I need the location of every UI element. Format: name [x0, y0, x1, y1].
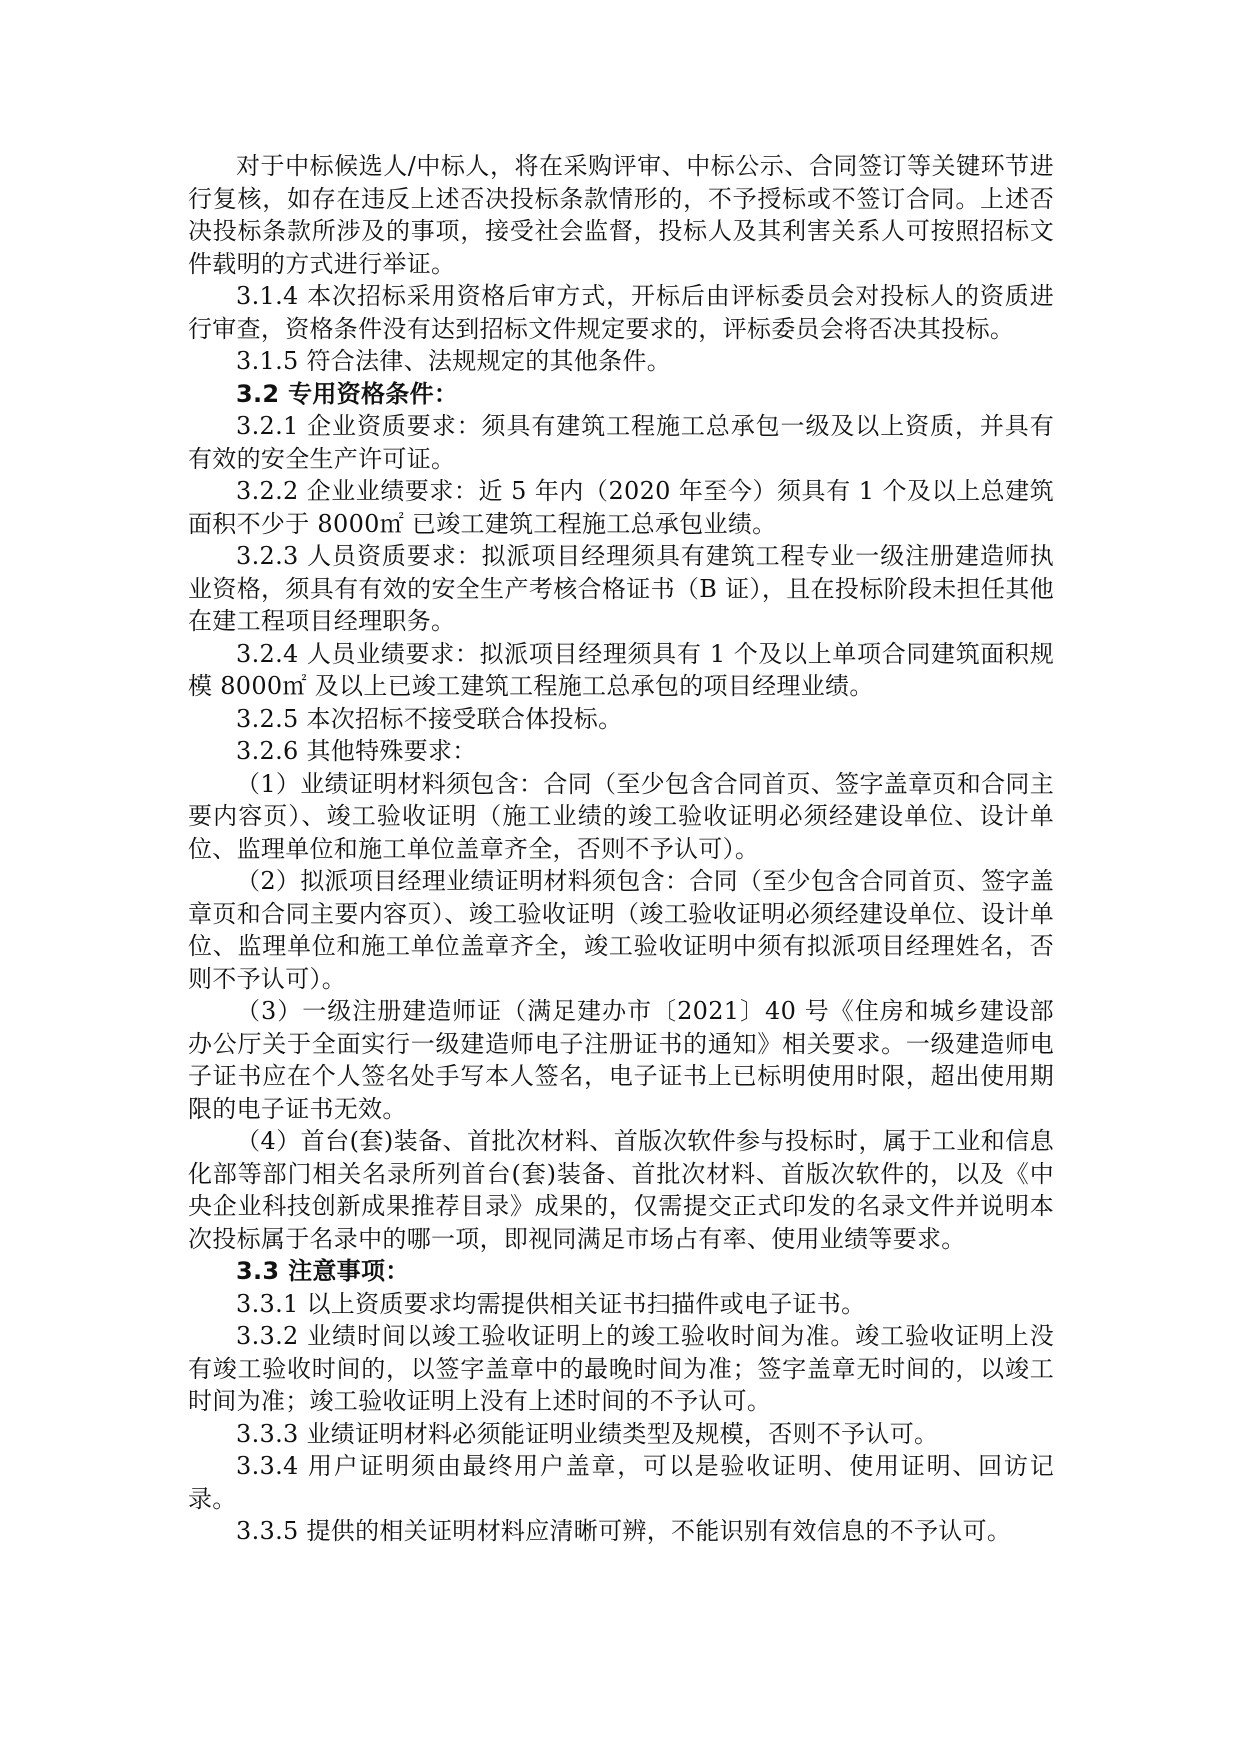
paragraph-3-2-6: 3.2.6 其他特殊要求：	[188, 735, 1054, 768]
list-item-3: （3）一级注册建造师证（满足建办市〔2021〕40 号《住房和城乡建设部办公厅关…	[188, 995, 1054, 1125]
paragraph-review-clause: 对于中标候选人/中标人，将在采购评审、中标公示、合同签订等关键环节进行复核，如存…	[188, 150, 1054, 280]
document-page: 对于中标候选人/中标人，将在采购评审、中标公示、合同签订等关键环节进行复核，如存…	[188, 150, 1054, 1548]
paragraph-3-2-5: 3.2.5 本次招标不接受联合体投标。	[188, 703, 1054, 736]
list-item-4: （4）首台(套)装备、首批次材料、首版次软件参与投标时，属于工业和信息化部等部门…	[188, 1125, 1054, 1255]
paragraph-3-1-5: 3.1.5 符合法律、法规规定的其他条件。	[188, 345, 1054, 378]
section-heading-3-3: 3.3 注意事项：	[188, 1255, 1054, 1288]
section-heading-3-2: 3.2 专用资格条件：	[188, 378, 1054, 411]
list-item-2: （2）拟派项目经理业绩证明材料须包含：合同（至少包含合同首页、签字盖章页和合同主…	[188, 865, 1054, 995]
paragraph-3-3-5: 3.3.5 提供的相关证明材料应清晰可辨，不能识别有效信息的不予认可。	[188, 1515, 1054, 1548]
paragraph-3-2-1: 3.2.1 企业资质要求：须具有建筑工程施工总承包一级及以上资质，并具有有效的安…	[188, 410, 1054, 475]
paragraph-3-2-3: 3.2.3 人员资质要求：拟派项目经理须具有建筑工程专业一级注册建造师执业资格，…	[188, 540, 1054, 638]
list-item-1: （1）业绩证明材料须包含：合同（至少包含合同首页、签字盖章页和合同主要内容页）、…	[188, 768, 1054, 866]
paragraph-3-3-4: 3.3.4 用户证明须由最终用户盖章，可以是验收证明、使用证明、回访记录。	[188, 1450, 1054, 1515]
paragraph-3-3-1: 3.3.1 以上资质要求均需提供相关证书扫描件或电子证书。	[188, 1288, 1054, 1321]
paragraph-3-2-4: 3.2.4 人员业绩要求：拟派项目经理须具有 1 个及以上单项合同建筑面积规模 …	[188, 638, 1054, 703]
paragraph-3-2-2: 3.2.2 企业业绩要求：近 5 年内（2020 年至今）须具有 1 个及以上总…	[188, 475, 1054, 540]
paragraph-3-3-3: 3.3.3 业绩证明材料必须能证明业绩类型及规模，否则不予认可。	[188, 1418, 1054, 1451]
paragraph-3-3-2: 3.3.2 业绩时间以竣工验收证明上的竣工验收时间为准。竣工验收证明上没有竣工验…	[188, 1320, 1054, 1418]
paragraph-3-1-4: 3.1.4 本次招标采用资格后审方式，开标后由评标委员会对投标人的资质进行审查，…	[188, 280, 1054, 345]
